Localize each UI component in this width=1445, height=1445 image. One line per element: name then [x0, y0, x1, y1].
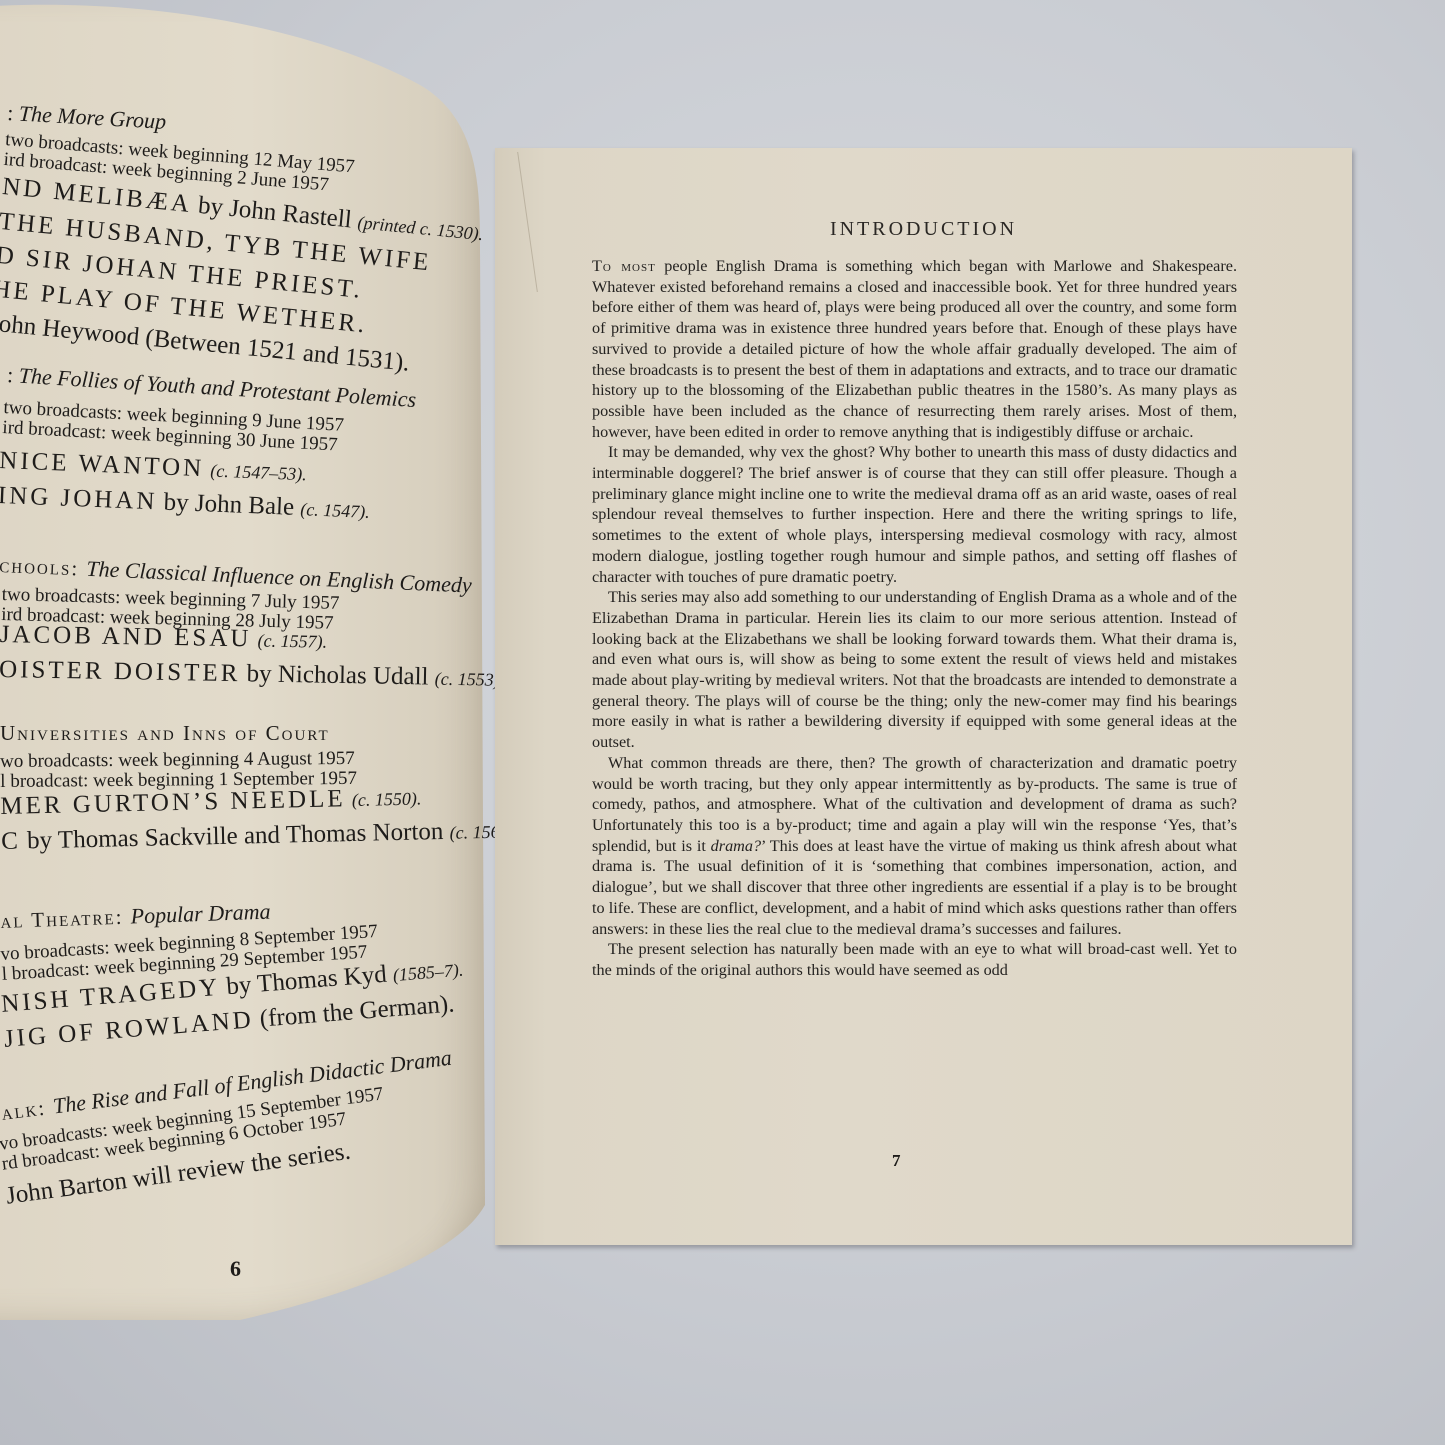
- page-title: INTRODUCTION: [495, 218, 1352, 241]
- introduction-body: To most people English Drama is somethin…: [592, 256, 1237, 981]
- section-subtitle: Popular Drama: [130, 899, 271, 929]
- play-list: NICE WANTON (c. 1547–53). ING JOHAN by J…: [0, 444, 372, 529]
- paragraph: What common threads are there, then? The…: [592, 753, 1237, 939]
- right-page: INTRODUCTION To most people English Dram…: [495, 148, 1352, 1245]
- paragraph: This series may also add something to ou…: [592, 587, 1237, 753]
- paragraph: It may be demanded, why vex the ghost? W…: [592, 442, 1237, 587]
- paragraph: To most people English Drama is somethin…: [592, 256, 1237, 442]
- play-list: JACOB AND ESAU (c. 1557). OISTER DOISTER…: [0, 618, 505, 697]
- play-list: MER GURTON’S NEEDLE (c. 1550). C by Thom…: [0, 778, 520, 860]
- section-heading: Universities and Inns of Court: [0, 720, 330, 746]
- page-number-right: 7: [892, 1151, 901, 1171]
- page-number-left: 6: [230, 1256, 241, 1282]
- paragraph: The present selection has naturally been…: [592, 939, 1237, 980]
